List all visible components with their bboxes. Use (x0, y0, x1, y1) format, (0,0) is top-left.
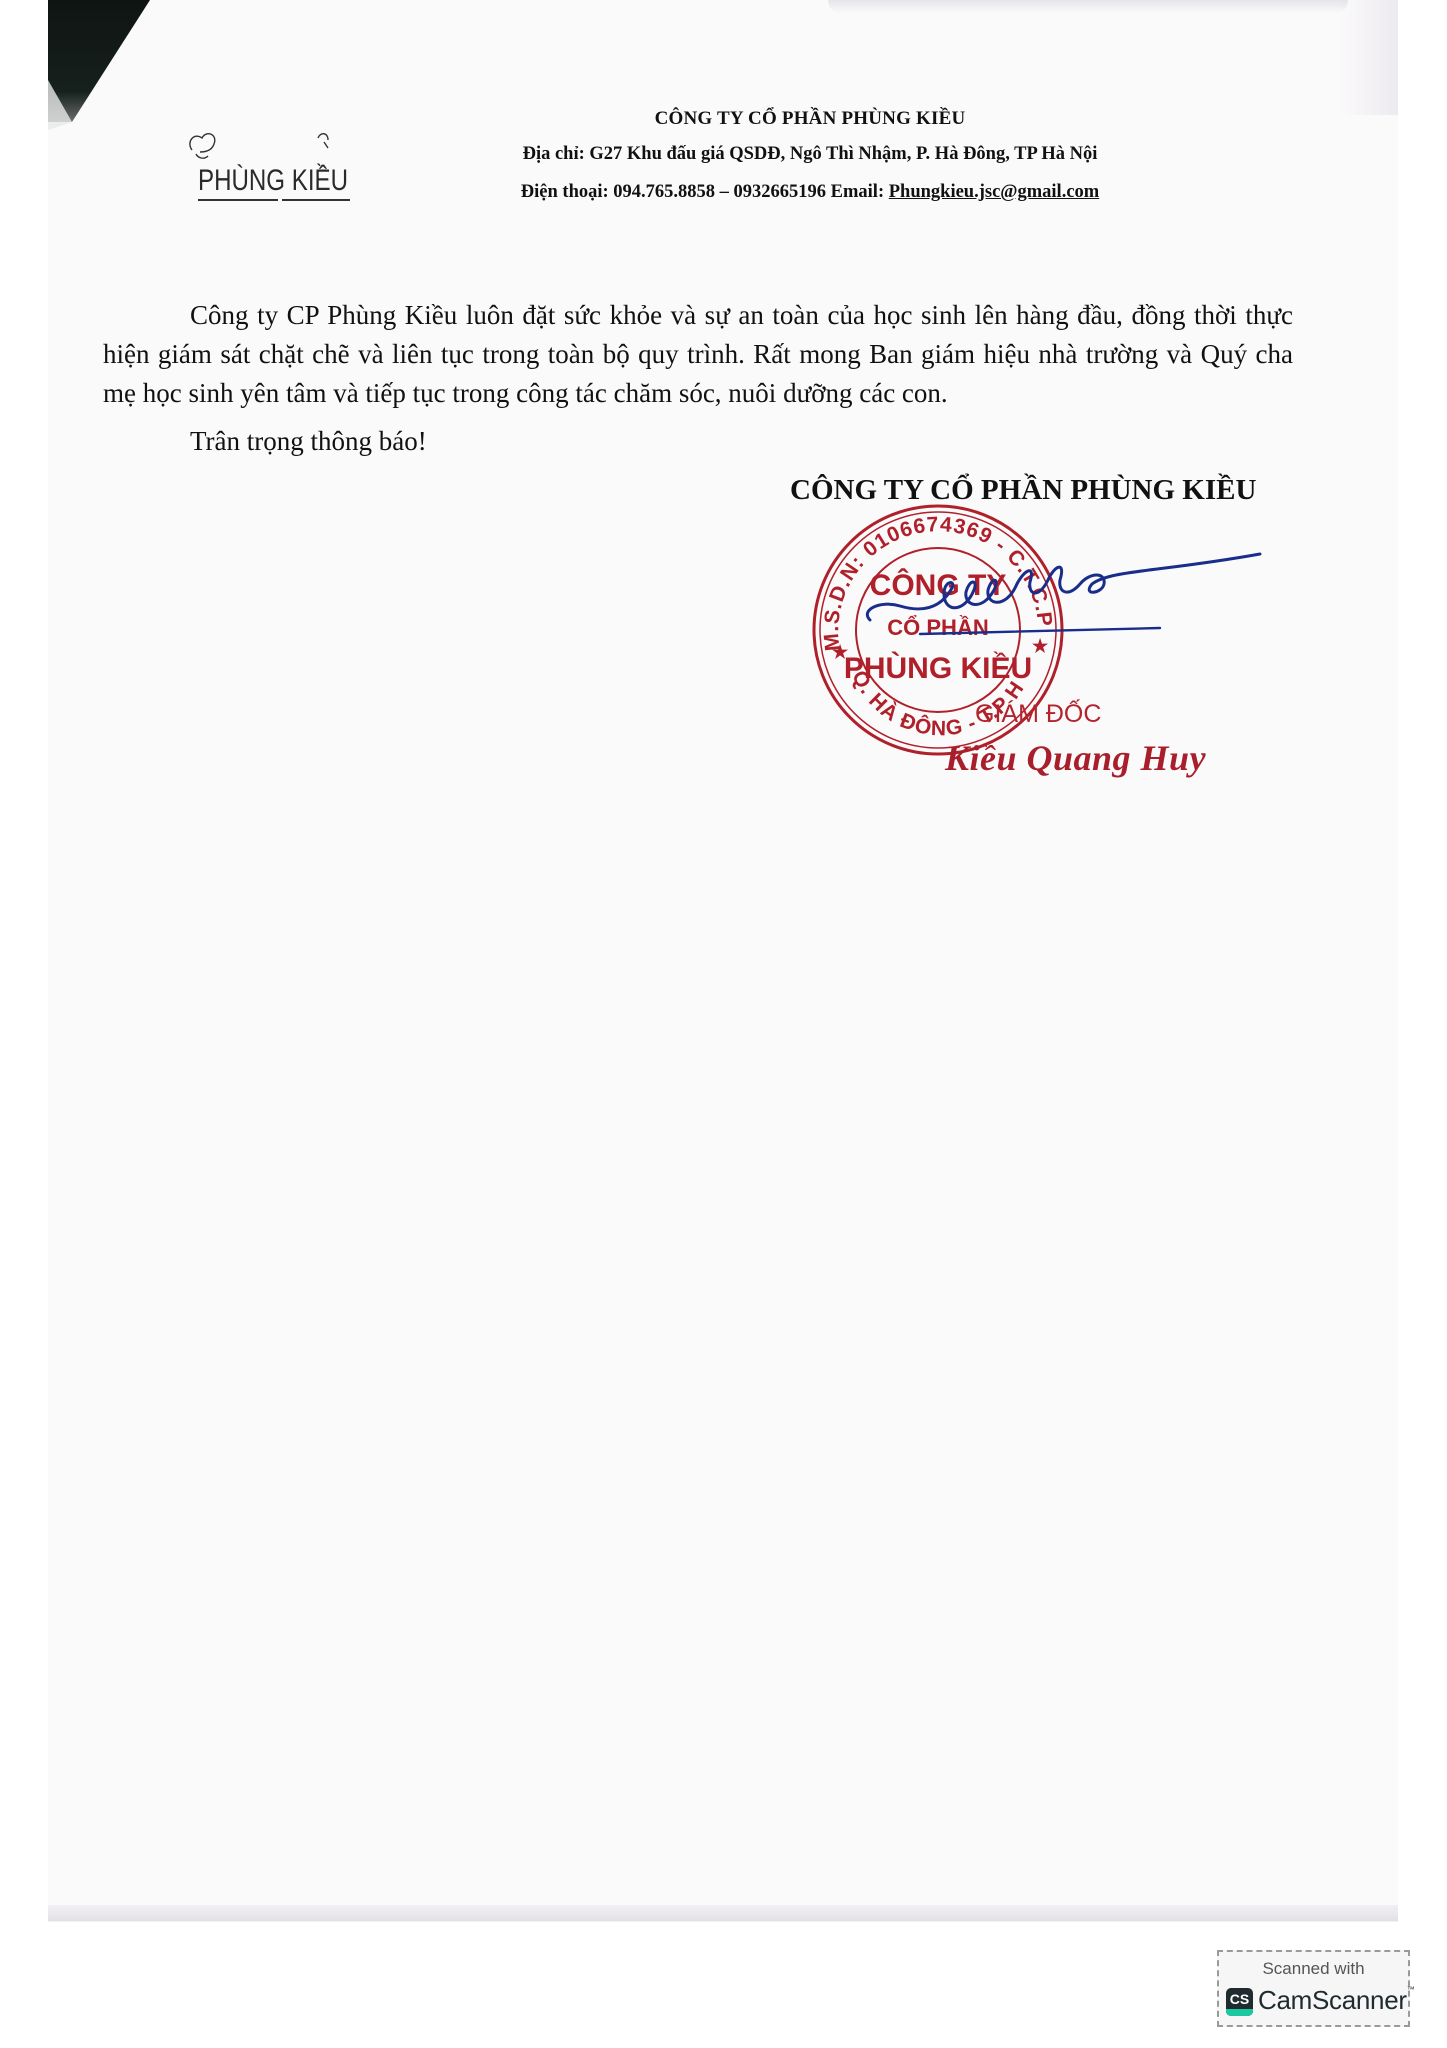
logo-text: PHÙNG KIỀU (198, 163, 348, 197)
app-name-text: CamScanner (1258, 1985, 1407, 2015)
folded-corner-shadow (48, 0, 158, 130)
letterhead-email[interactable]: Phungkieu.jsc@gmail.com (889, 182, 1099, 202)
letterhead-address: Địa chỉ: G27 Khu đấu giá QSDĐ, Ngô Thì N… (460, 144, 1160, 165)
watermark-scanned-with: Scanned with (1219, 1959, 1408, 1979)
camscanner-watermark: Scanned with CS CamScanner™ (1217, 1950, 1410, 2027)
body-paragraph: Công ty CP Phùng Kiều luôn đặt sức khỏe … (103, 296, 1293, 413)
letterhead-phone: Điện thoại: 094.765.8858 – 0932665196 Em… (521, 182, 889, 202)
camscanner-logo-icon: CS (1226, 1988, 1253, 2016)
letterhead-contact: Điện thoại: 094.765.8858 – 0932665196 Em… (460, 182, 1160, 203)
signatory-title: GIÁM ĐỐC (975, 700, 1101, 729)
signatory-name: Kiều Quang Huy (945, 737, 1206, 779)
page-shadow (1338, 0, 1398, 115)
document-page (48, 0, 1398, 1922)
page-bottom-edge (48, 1905, 1398, 1921)
letterhead-company-name: CÔNG TY CỔ PHẦN PHÙNG KIỀU (460, 108, 1160, 130)
watermark-app-name: CamScanner™ (1258, 1985, 1414, 2016)
handwritten-signature (860, 550, 1340, 660)
trademark-symbol: ™ (1407, 1985, 1415, 1994)
closing-line: Trân trọng thông báo! (190, 426, 427, 457)
page-top-shadow (828, 0, 1348, 14)
company-logo: PHÙNG KIỀU (178, 128, 358, 208)
